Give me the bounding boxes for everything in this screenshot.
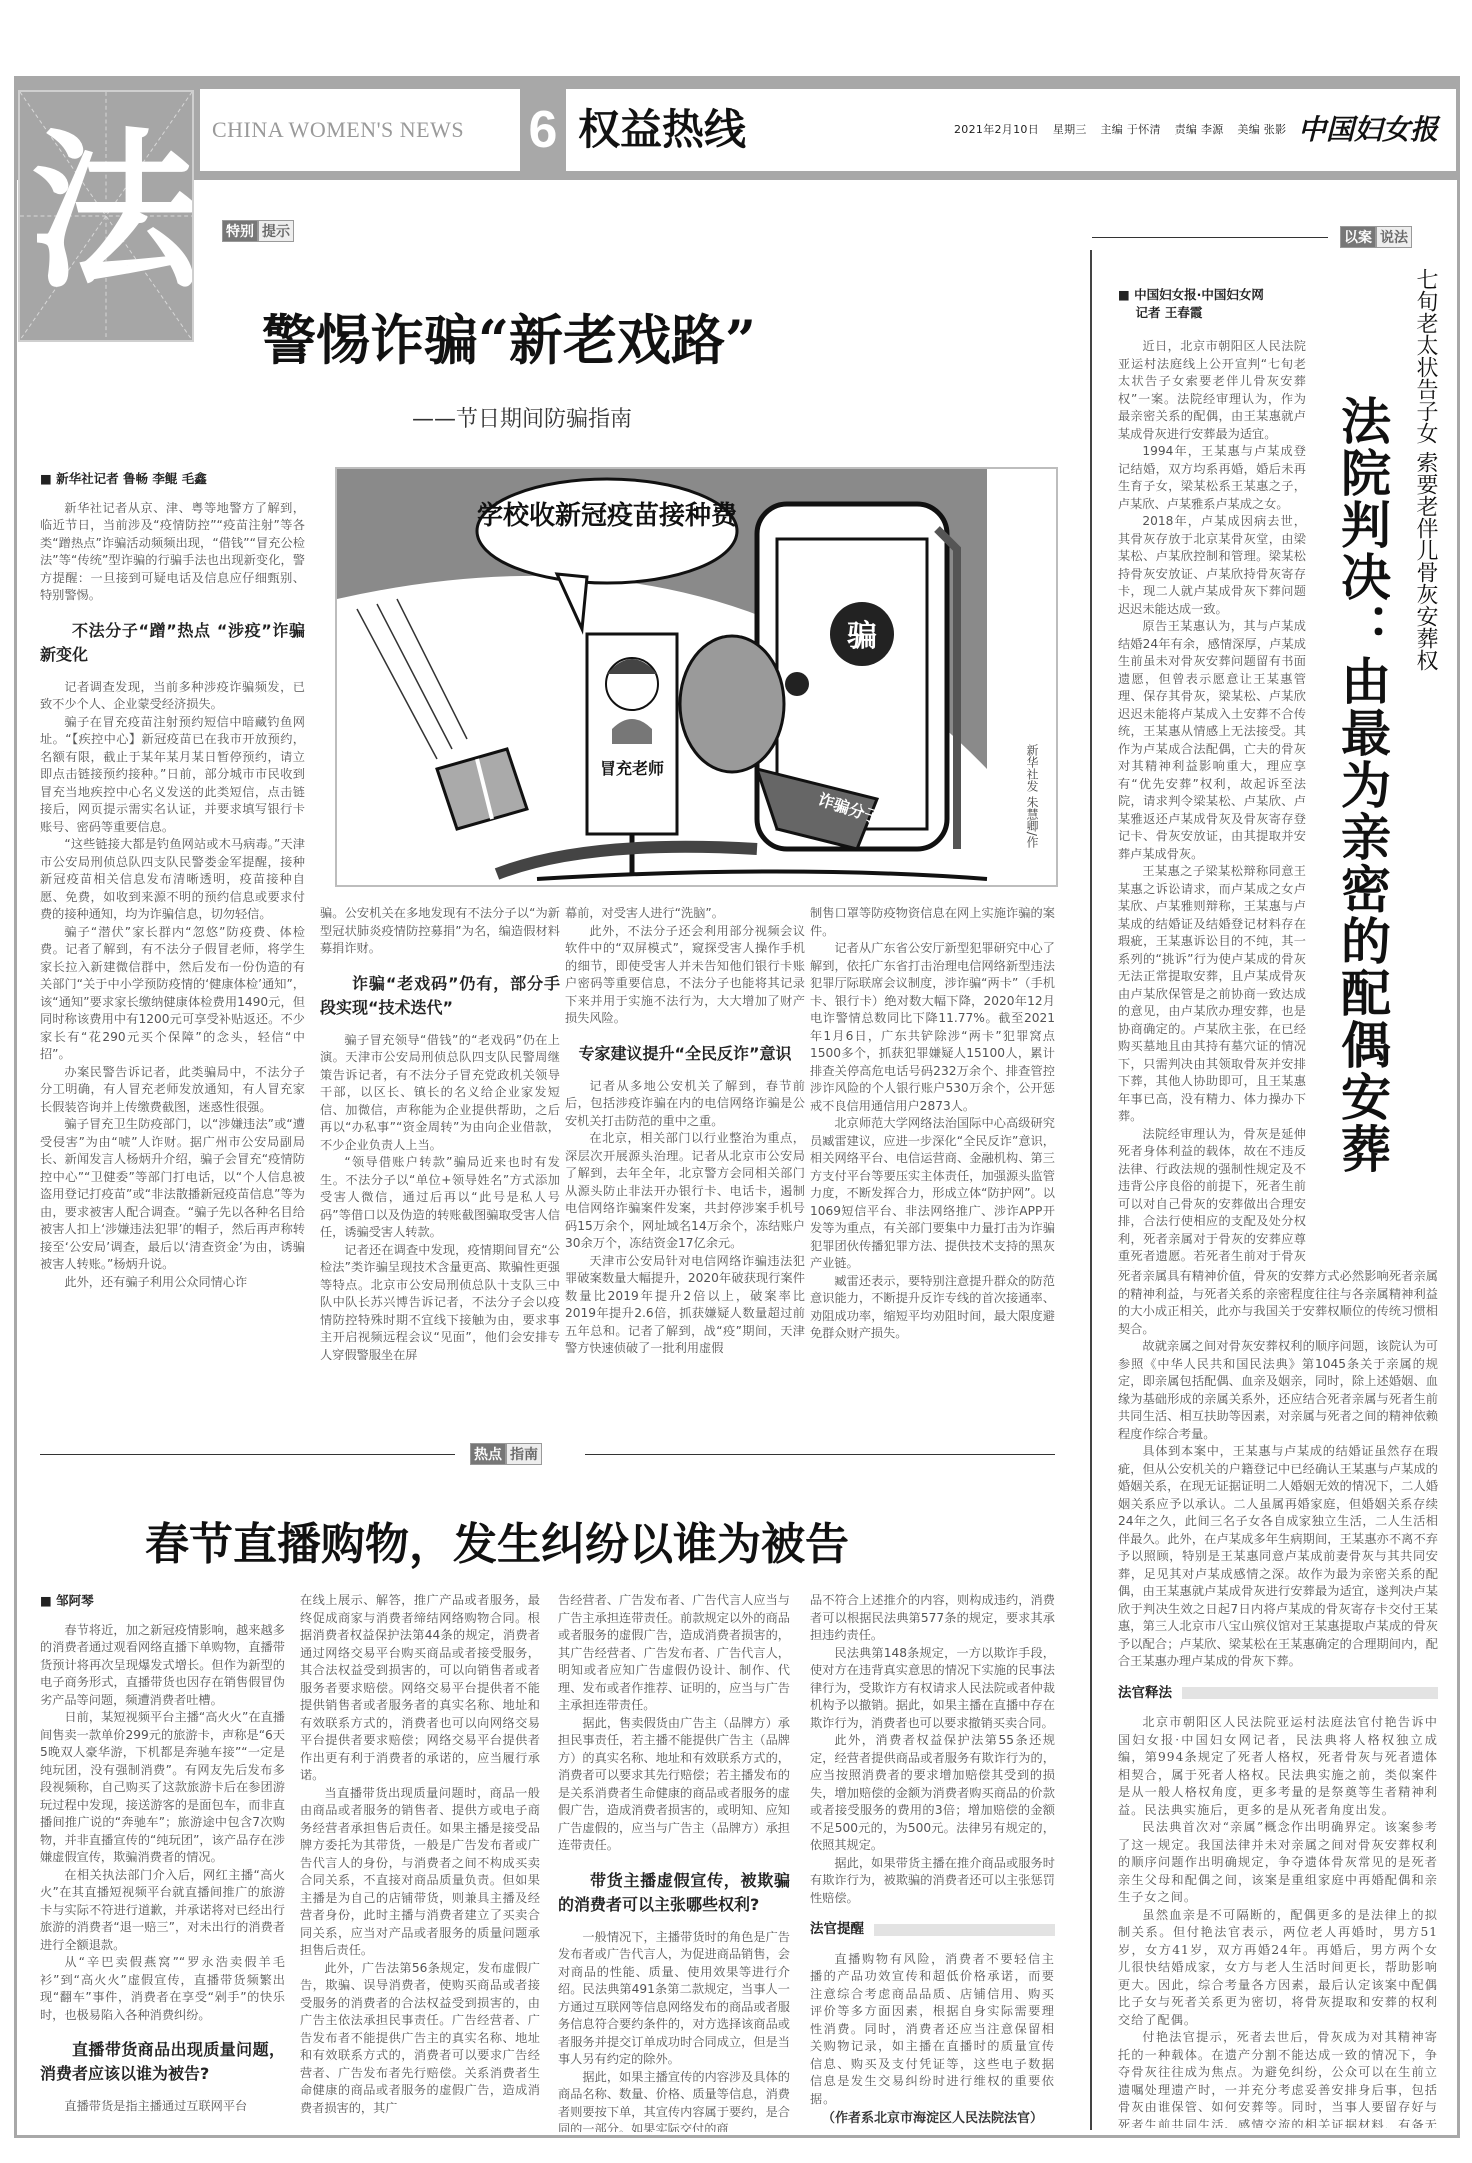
paragraph: 北京市朝阳区人民法院亚运村法庭法官付艳告诉中国妇女报·中国妇女网记者，民法典将人…	[1118, 1714, 1438, 1819]
article1-column-1: 新华社记者 鲁畅 李鲲 毛鑫 新华社记者从京、津、粤等地警方了解到，临近节日，当…	[40, 470, 305, 1360]
sign-text: 冒充老师	[600, 759, 664, 778]
art-editor: 美编 张影	[1237, 123, 1286, 136]
paragraph: 记者从广东省公安厅新型犯罪研究中心了解到，依托广东省打击治理电信网络新型违法犯罪…	[810, 940, 1055, 1115]
paragraph: 告经营者、广告发布者、广告代言人应当与广告主承担连带责任。前款规定以外的商品或者…	[558, 1592, 790, 1715]
paragraph: 故就亲属之间对骨灰安葬权利的顺序问题，该院认为可参照《中华人民共和国民法典》第1…	[1118, 1338, 1438, 1443]
subheading: 带货主播虚假宣传，被欺骗的消费者可以主张哪些权利?	[558, 1869, 790, 1917]
duty-editor: 责编 李源	[1175, 123, 1224, 136]
paragraph: 据此，如果带货主播在推介商品或服务时有欺诈行为，被欺骗的消费者还可以主张惩罚性赔…	[810, 1855, 1055, 1908]
paragraph: 骗。公安机关在多地发现有不法分子以“为新型冠状肺炎疫情防控募捐”为名，编造假材料…	[320, 905, 560, 958]
paragraph: 一般情况下，主播带货时的角色是广告发布者或广告代言人，为促进商品销售，会对商品的…	[558, 1929, 790, 2069]
illustration-credit: 新华社发 朱慧卿/作	[1025, 744, 1039, 848]
issue-meta: 2021年2月10日 星期三 主编 于怀清 责编 李源 美编 张影	[954, 89, 1296, 171]
paragraph: 此外，广告法第56条规定，发布虚假广告，欺骗、误导消费者，使购买商品或者接受服务…	[300, 1960, 540, 2118]
tag-special-notice: 特别 提示	[222, 220, 294, 242]
article2-column-3: 告经营者、广告发布者、广告代言人应当与广告主承担连带责任。前款规定以外的商品或者…	[558, 1592, 790, 2132]
paragraph: 据此，售卖假货由广告主（品牌方）承担民事责任，若主播不能提供广告主（品牌方）的真…	[558, 1715, 790, 1855]
paragraph: 在北京，相关部门以行业整治为重点，深层次开展源头治理。记者从北京市公安局了解到，…	[565, 1130, 805, 1253]
paragraph: 骗子在冒充疫苗注射预约短信中暗藏钓鱼网址。“【疾控中心】新冠疫苗已在我市开放预约…	[40, 714, 305, 837]
box-heading: 法官提醒	[810, 1921, 1055, 1939]
paragraph: “领导借账户转款”骗局近来也时有发生。不法分子以“单位+领导姓名”方式添加受害人…	[320, 1154, 560, 1242]
paragraph: 骗子冒充卫生防疫部门，以“涉嫌违法”或“遭受侵害”为由“唬”人诈财。据广州市公安…	[40, 1116, 305, 1274]
fraud-badge-text: 骗	[847, 619, 877, 654]
article2-column-1: 邹阿琴 春节将近，加之新冠疫情影响，越来越多的消费者通过观看网络直播下单购物，直…	[40, 1592, 285, 2132]
brand-english: CHINA WOMEN'S NEWS	[200, 89, 520, 171]
paragraph: 骗子“潜伏”家长群内“忽悠”防疫费、体检费。记者了解到，有不法分子假冒老师，将学…	[40, 924, 305, 1064]
paragraph: 臧雷还表示，要特别注意提升群众的防范意识能力，不断提升反诈专线的首次接通率、劝阻…	[810, 1273, 1055, 1343]
article1-byline: 新华社记者 鲁畅 李鲲 毛鑫	[40, 470, 305, 488]
chief-editor: 主编 于怀清	[1101, 123, 1161, 136]
paragraph: 此外，不法分子还会利用部分视频会议软件中的“双屏模式”，窥探受害人操作手机的细节…	[565, 923, 805, 1028]
paragraph: 民法典第148条规定，一方以欺诈手段，使对方在违背真实意思的情况下实施的民事法律…	[810, 1645, 1055, 1733]
article2-headline: 春节直播购物，发生纠纷以谁为被告	[145, 1508, 849, 1572]
paragraph: 新华社记者从京、津、粤等地警方了解到，临近节日，当前涉及“疫情防控”“疫苗注射”…	[40, 500, 305, 605]
section-emblem: 法	[18, 90, 194, 342]
paragraph: 在相关执法部门介入后，网红主播“高火火”在其直播短视频平台就直播间推广的旅游卡与…	[40, 1867, 285, 1955]
paragraph: 近日，北京市朝阳区人民法院亚运村法庭线上公开宣判“七旬老太状告子女索要老伴儿骨灰…	[1118, 338, 1306, 443]
paragraph: 原告王某惠认为，其与卢某成结婚24年有余，感情深厚，卢某成生前虽未对骨灰安葬问题…	[1118, 618, 1306, 863]
article1-column-4: 制售口罩等防疫物资信息在网上实施诈骗的案件。记者从广东省公安厅新型犯罪研究中心了…	[810, 905, 1055, 1360]
paragraph: 直播带货是指主播通过互联网平台	[40, 2098, 285, 2116]
paragraph: 北京师范大学网络法治国际中心高级研究员臧雷建议，应进一步深化“全民反诈”意识，相…	[810, 1115, 1055, 1273]
column-rule	[1090, 250, 1092, 2130]
subheading: 不法分子“蹭”热点 “涉疫”诈骗新变化	[40, 619, 305, 667]
section-divider-right	[585, 1454, 1055, 1455]
article2-byline: 邹阿琴	[40, 1592, 285, 1610]
paragraph: 直播购物有风险，消费者不要轻信主播的产品功效宣传和超低价格承诺，而要注意综合考虑…	[810, 1951, 1055, 2109]
paragraph: 具体到本案中，王某惠与卢某成的结婚证虽然存在瑕疵，但从公安机关的户籍登记中已经确…	[1118, 1443, 1438, 1671]
issue-date: 2021年2月10日	[954, 123, 1039, 136]
article1-column-3: 幕前，对受害人进行“洗脑”。此外，不法分子还会利用部分视频会议软件中的“双屏模式…	[565, 905, 805, 1360]
article3-top-rule	[1092, 237, 1328, 238]
paragraph: 法院经审理认为，骨灰是延伸死者身体利益的载体，故在不违反法律、行政法规的强制性规…	[1118, 1126, 1306, 1269]
article2-column-2: 在线上展示、解答，推广产品或者服务，最终促成商家与消费者缔结网络购物合同。根据消…	[300, 1592, 540, 2132]
paragraph: 此外，还有骗子利用公众同情心诈	[40, 1274, 305, 1292]
paragraph: 2018年，卢某成因病去世，其骨灰存放于北京某骨灰堂，由梁某松、卢某欣控制和管理…	[1118, 513, 1306, 618]
paragraph: 天津市公安局针对电信网络诈骗违法犯罪破案数量大幅提升，2020年破获现行案件数量…	[565, 1253, 805, 1358]
subheading: 诈骗“老戏码”仍有，部分手段实现“技术迭代”	[320, 972, 560, 1020]
paragraph: 虽然血亲是不可隔断的，配偶更多的是法律上的拟制关系。但付艳法官表示，两位老人再婚…	[1118, 1907, 1438, 2030]
speech-bubble-text: 学校收新冠疫苗接种费	[477, 500, 738, 531]
paragraph: 死者亲属具有精神价值，骨灰的安葬方式必然影响死者亲属的精神利益，与死者关系的亲密…	[1118, 1268, 1438, 1338]
issue-weekday: 星期三	[1053, 123, 1087, 136]
paragraph: 王某惠之子梁某松辩称同意王某惠之诉讼请求，而卢某成之女卢某欣、卢某雅则辩称，王某…	[1118, 863, 1306, 1126]
article3-byline: 中国妇女报·中国妇女网 记者 王春霞	[1118, 286, 1348, 326]
section-bar: 权益热线 2021年2月10日 星期三 主编 于怀清 责编 李源 美编 张影 中…	[566, 89, 1456, 171]
paragraph: 记者还在调查中发现，疫情期间冒充“公检法”类诈骗呈现技术含量更高、欺骗性更强等特…	[320, 1242, 560, 1361]
section-char: 法	[30, 112, 190, 312]
article1-column-2: 骗。公安机关在多地发现有不法分子以“为新型冠状肺炎疫情防控募捐”为名，编造假材料…	[320, 905, 560, 1360]
author-note: （作者系北京市海淀区人民法院法官）	[810, 2110, 1055, 2128]
tag-hot-guide: 热点 指南	[470, 1443, 542, 1465]
paragraph: “这些链接大都是钓鱼网站或木马病毒。”天津市公安局刑侦总队四支队民警娄金军提醒，…	[40, 836, 305, 924]
article3-narrow-column: 近日，北京市朝阳区人民法院亚运村法庭线上公开宣判“七旬老太状告子女索要老伴儿骨灰…	[1118, 338, 1306, 1268]
paragraph: 当直播带货出现质量问题时，商品一般由商品或者服务的销售者、提供方或电子商务经营者…	[300, 1785, 540, 1960]
article3-kicker: 七旬老太状告子女 索要老伴儿骨灰安葬权	[1410, 268, 1440, 728]
article1-subhead: ——节日期间防骗指南	[412, 402, 632, 433]
paragraph: 办案民警告诉记者，此类骗局中，不法分子分工明确，有人冒充老师发放通知，有人冒充家…	[40, 1064, 305, 1117]
paragraph: 记者从多地公安机关了解到，春节前后，包括涉疫诈骗在内的电信网络诈骗是公安机关打击…	[565, 1078, 805, 1131]
subheading: 专家建议提升“全民反诈”意识	[565, 1042, 805, 1066]
heading-bar	[874, 1924, 1055, 1936]
page-number: 6	[522, 89, 564, 171]
subheading: 直播带货商品出现质量问题，消费者应该以谁为被告?	[40, 2038, 285, 2086]
fraud-cartoon-icon: 学校收新冠疫苗接种费 骗 诈骗分子 冒充老师	[337, 469, 1056, 885]
paragraph: 1994年，王某惠与卢某成登记结婚，双方均系再婚，婚后未再生育子女，梁某松系王某…	[1118, 443, 1306, 513]
paragraph: 在线上展示、解答，推广产品或者服务，最终促成商家与消费者缔结网络购物合同。根据消…	[300, 1592, 540, 1785]
paragraph: 制售口罩等防疫物资信息在网上实施诈骗的案件。	[810, 905, 1055, 940]
paragraph: 从“辛巴卖假燕窝”“罗永浩卖假羊毛衫”到“高火火”虚假宣传，直播带货频繁出现“翻…	[40, 1954, 285, 2024]
paragraph: 记者调查发现，当前多种涉疫诈骗频发，已致不少个人、企业蒙受经济损失。	[40, 679, 305, 714]
paragraph: 民法典首次对“亲属”概念作出明确界定。该案参考了这一规定。我国法律并未对亲属之间…	[1118, 1819, 1438, 1907]
paragraph: 春节将近，加之新冠疫情影响，越来越多的消费者通过观看网络直播下单购物，直播带货预…	[40, 1622, 285, 1710]
section-title: 权益热线	[578, 89, 746, 171]
article3-wide-column: 死者亲属具有精神价值，骨灰的安葬方式必然影响死者亲属的精神利益，与死者关系的亲密…	[1118, 1268, 1438, 2128]
paragraph: 日前，某短视频平台主播“高火火”在直播间售卖一款单价299元的旅游卡，声称是“6…	[40, 1709, 285, 1867]
article1-illustration: 学校收新冠疫苗接种费 骗 诈骗分子 冒充老师 新华社发 朱慧卿/作	[335, 467, 1058, 887]
newspaper-logo: 中国妇女报	[1298, 89, 1438, 171]
tag-case-law: 以案 说法	[1340, 226, 1412, 248]
paragraph: 此外，消费者权益保护法第55条还规定，经营者提供商品或者服务有欺诈行为的，应当按…	[810, 1732, 1055, 1855]
paragraph: 幕前，对受害人进行“洗脑”。	[565, 905, 805, 923]
article2-column-4: 品不符合上述推介的内容，则构成违约，消费者可以根据民法典第577条的规定，要求其…	[810, 1592, 1055, 2132]
heading-bar	[1182, 1687, 1438, 1699]
paragraph: 骗子冒充领导“借钱”的“老戏码”仍在上演。天津市公安局刑侦总队四支队民警周继策告…	[320, 1032, 560, 1155]
box-heading: 法官释法	[1118, 1685, 1438, 1703]
paragraph: 付艳法官提示，死者去世后，骨灰成为对其精神寄托的一种载体。在遗产分割不能达成一致…	[1118, 2029, 1438, 2128]
paragraph: 据此，如果主播宣传的内容涉及具体的商品名称、数量、价格、质量等信息，消费者则要按…	[558, 2069, 790, 2133]
article1-headline: 警惕诈骗“新老戏路”	[262, 298, 756, 375]
paragraph: 品不符合上述推介的内容，则构成违约，消费者可以根据民法典第577条的规定，要求其…	[810, 1592, 1055, 1645]
section-divider-left	[40, 1454, 455, 1455]
article3-headline: 法院判决：由最为亲密的配偶安葬	[1332, 395, 1392, 1245]
